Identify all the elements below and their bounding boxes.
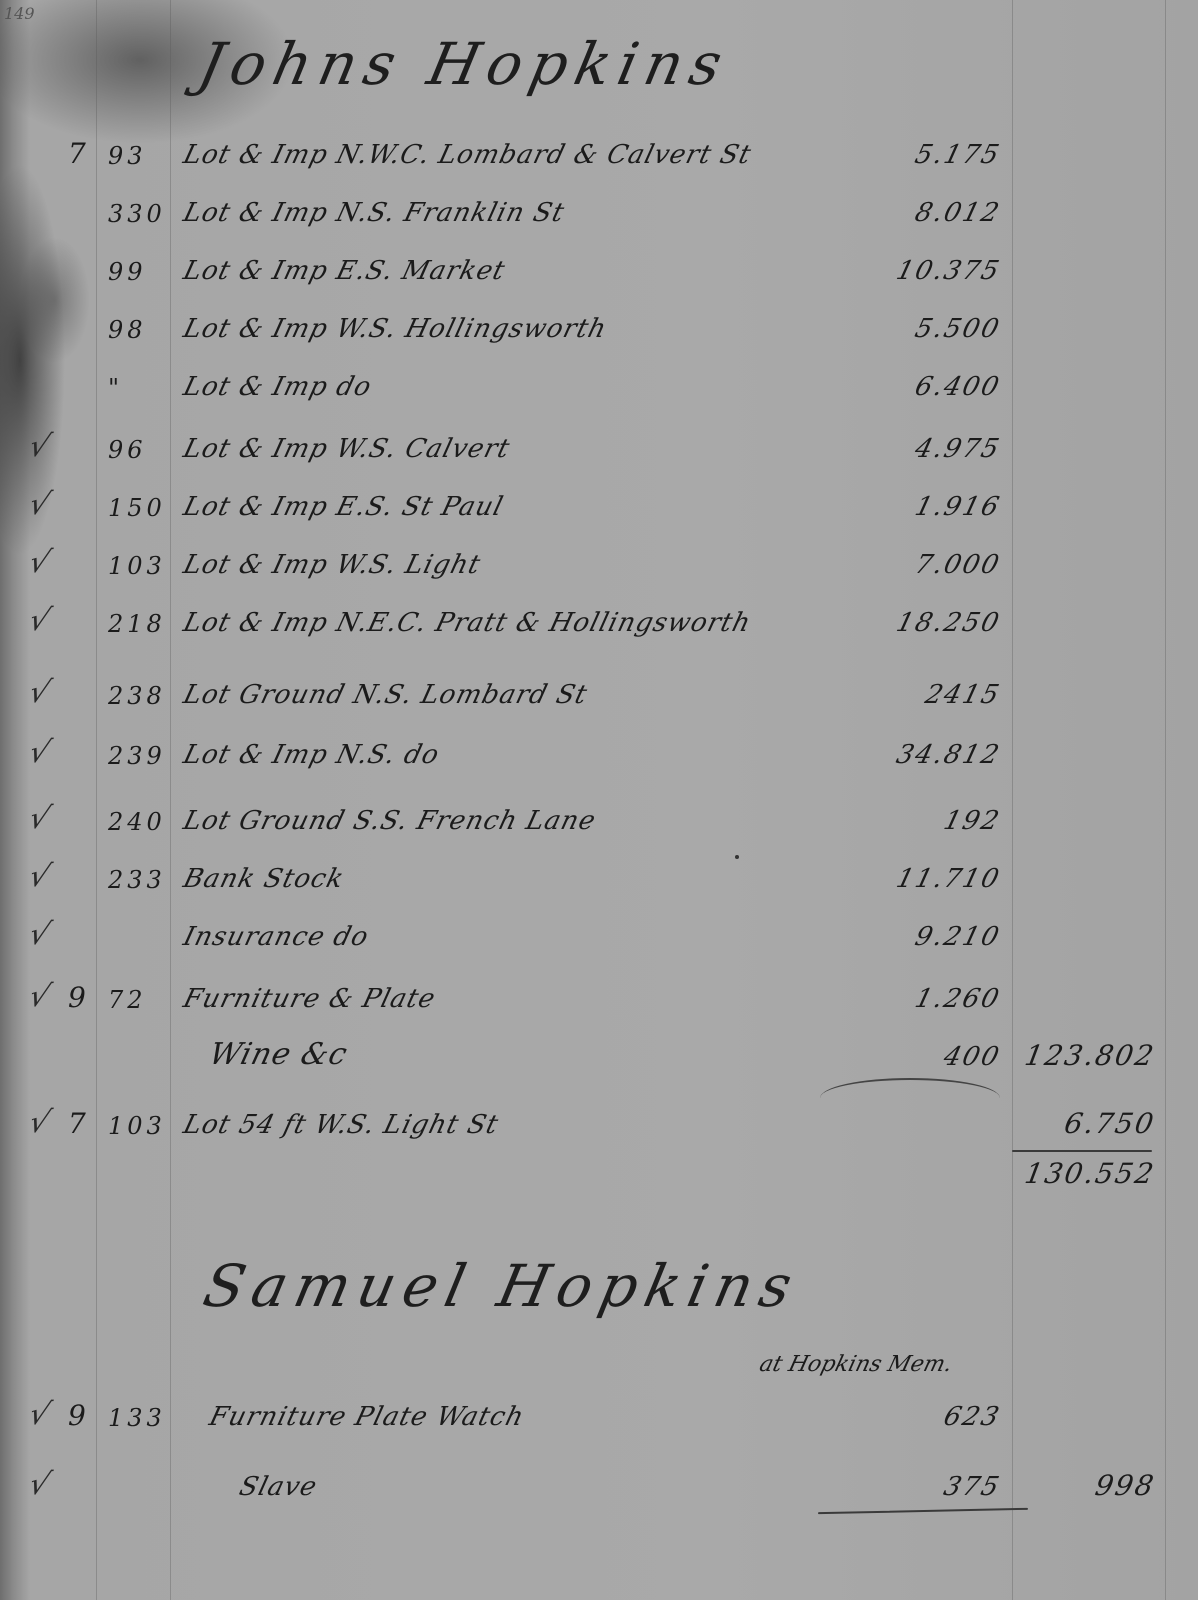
- amount: 18.250: [856, 608, 1003, 638]
- ledger-page: 149 Johns Hopkins 7 93 Lot & Imp N.W.C. …: [0, 0, 1198, 1600]
- description: Lot & Imp W.S. Calvert: [180, 434, 513, 464]
- ledger-entry: √ 218 Lot & Imp N.E.C. Pratt & Hollingsw…: [0, 598, 1198, 642]
- ink-speck: [735, 855, 739, 859]
- check-mark: √: [24, 917, 54, 952]
- amount: 11.710: [856, 864, 1003, 894]
- grand-total: 130.552: [1007, 1157, 1158, 1190]
- ledger-entry: √ 150 Lot & Imp E.S. St Paul 1.916: [0, 482, 1198, 526]
- reference-number: 330: [108, 200, 166, 228]
- description: Lot & Imp N.S. do: [180, 740, 442, 770]
- reference-number: ": [108, 374, 123, 402]
- description: Wine &c: [206, 1037, 352, 1072]
- description: Lot & Imp N.W.C. Lombard & Calvert St: [180, 140, 754, 170]
- ledger-entry: √ 9 72 Furniture & Plate 1.260: [0, 974, 1198, 1018]
- description: Lot & Imp W.S. Light: [180, 550, 484, 580]
- section-heading-samuel-hopkins: Samuel Hopkins: [198, 1252, 806, 1320]
- ledger-entry: 7 93 Lot & Imp N.W.C. Lombard & Calvert …: [0, 130, 1198, 174]
- description: Lot & Imp E.S. St Paul: [180, 492, 506, 522]
- ledger-entry: √ Insurance do 9.210: [0, 912, 1198, 956]
- amount: 9.210: [856, 922, 1003, 952]
- check-mark: √: [24, 735, 54, 770]
- month: 9: [68, 1399, 86, 1432]
- amount: 4.975: [856, 434, 1003, 464]
- reference-number: 72: [108, 986, 147, 1014]
- reference-number: 240: [108, 808, 166, 836]
- amount: 623: [856, 1402, 1003, 1432]
- ledger-entry: √ 239 Lot & Imp N.S. do 34.812: [0, 730, 1198, 774]
- section-total: 998: [1007, 1469, 1158, 1502]
- description: Lot & Imp N.S. Franklin St: [180, 198, 567, 228]
- ledger-entry: √ 9 133 Furniture Plate Watch 623: [0, 1392, 1198, 1436]
- description: Insurance do: [180, 922, 372, 952]
- check-mark: √: [24, 545, 54, 580]
- description: Lot & Imp E.S. Market: [180, 256, 508, 286]
- column-note: at Hopkins Mem.: [757, 1352, 955, 1377]
- reference-number: 99: [108, 258, 147, 286]
- ledger-entry: 330 Lot & Imp N.S. Franklin St 8.012: [0, 188, 1198, 232]
- description: Lot & Imp W.S. Hollingsworth: [180, 314, 610, 344]
- description: Lot Ground S.S. French Lane: [180, 806, 599, 836]
- check-mark: √: [24, 979, 54, 1014]
- month: 7: [68, 1107, 86, 1140]
- check-mark: √: [24, 1467, 54, 1502]
- amount: 8.012: [856, 198, 1003, 228]
- amount: 10.375: [856, 256, 1003, 286]
- reference-number: 133: [108, 1404, 166, 1432]
- subtotal: 123.802: [1007, 1039, 1158, 1072]
- ledger-entry: 98 Lot & Imp W.S. Hollingsworth 5.500: [0, 304, 1198, 348]
- reference-number: 96: [108, 436, 147, 464]
- amount: 1.260: [856, 984, 1003, 1014]
- reference-number: 98: [108, 316, 147, 344]
- check-mark: √: [24, 675, 54, 710]
- ledger-entry: √ Slave 375 998: [0, 1462, 1198, 1506]
- reference-number: 103: [108, 552, 166, 580]
- description: Furniture Plate Watch: [206, 1402, 527, 1432]
- description: Lot & Imp N.E.C. Pratt & Hollingsworth: [180, 608, 754, 638]
- description: Furniture & Plate: [180, 984, 439, 1014]
- grand-total-row: 130.552: [0, 1150, 1198, 1194]
- description: Lot & Imp do: [180, 372, 375, 402]
- amount: 6.750: [1007, 1107, 1158, 1140]
- ledger-entry: " Lot & Imp do 6.400: [0, 362, 1198, 406]
- amount: 6.400: [856, 372, 1003, 402]
- description: Lot 54 ft W.S. Light St: [180, 1110, 502, 1140]
- amount: 5.175: [856, 140, 1003, 170]
- check-mark: √: [24, 429, 54, 464]
- ledger-entry: √ 238 Lot Ground N.S. Lombard St 2415: [0, 670, 1198, 714]
- amount: 7.000: [856, 550, 1003, 580]
- check-mark: √: [24, 487, 54, 522]
- reference-number: 239: [108, 742, 166, 770]
- reference-number: 218: [108, 610, 166, 638]
- reference-number: 93: [108, 142, 147, 170]
- amount: 5.500: [856, 314, 1003, 344]
- month: 7: [68, 137, 86, 170]
- reference-number: 103: [108, 1112, 166, 1140]
- description: Slave: [236, 1472, 320, 1502]
- amount: 2415: [856, 680, 1003, 710]
- amount: 375: [856, 1472, 1003, 1502]
- ledger-entry: √ 233 Bank Stock 11.710: [0, 854, 1198, 898]
- description: Lot Ground N.S. Lombard St: [180, 680, 590, 710]
- amount: 192: [856, 806, 1003, 836]
- page-number: 149: [4, 4, 35, 23]
- reference-number: 238: [108, 682, 166, 710]
- sum-rule: [818, 1508, 1028, 1514]
- amount: 400: [856, 1042, 1003, 1072]
- check-mark: √: [24, 603, 54, 638]
- section-heading-johns-hopkins: Johns Hopkins: [193, 30, 736, 98]
- reference-number: 233: [108, 866, 166, 894]
- check-mark: √: [24, 1397, 54, 1432]
- ledger-entry: √ 103 Lot & Imp W.S. Light 7.000: [0, 540, 1198, 584]
- description: Bank Stock: [180, 864, 347, 894]
- check-mark: √: [24, 801, 54, 836]
- ledger-entry: √ 96 Lot & Imp W.S. Calvert 4.975: [0, 424, 1198, 468]
- reference-number: 150: [108, 494, 166, 522]
- check-mark: √: [24, 1105, 54, 1140]
- amount: 1.916: [856, 492, 1003, 522]
- ledger-entry: Wine &c 400 123.802: [0, 1032, 1198, 1076]
- ledger-entry-additional: √ 7 103 Lot 54 ft W.S. Light St 6.750: [0, 1100, 1198, 1144]
- check-mark: √: [24, 859, 54, 894]
- month: 9: [68, 981, 86, 1014]
- ledger-entry: 99 Lot & Imp E.S. Market 10.375: [0, 246, 1198, 290]
- ledger-entry: √ 240 Lot Ground S.S. French Lane 192: [0, 796, 1198, 840]
- amount: 34.812: [856, 740, 1003, 770]
